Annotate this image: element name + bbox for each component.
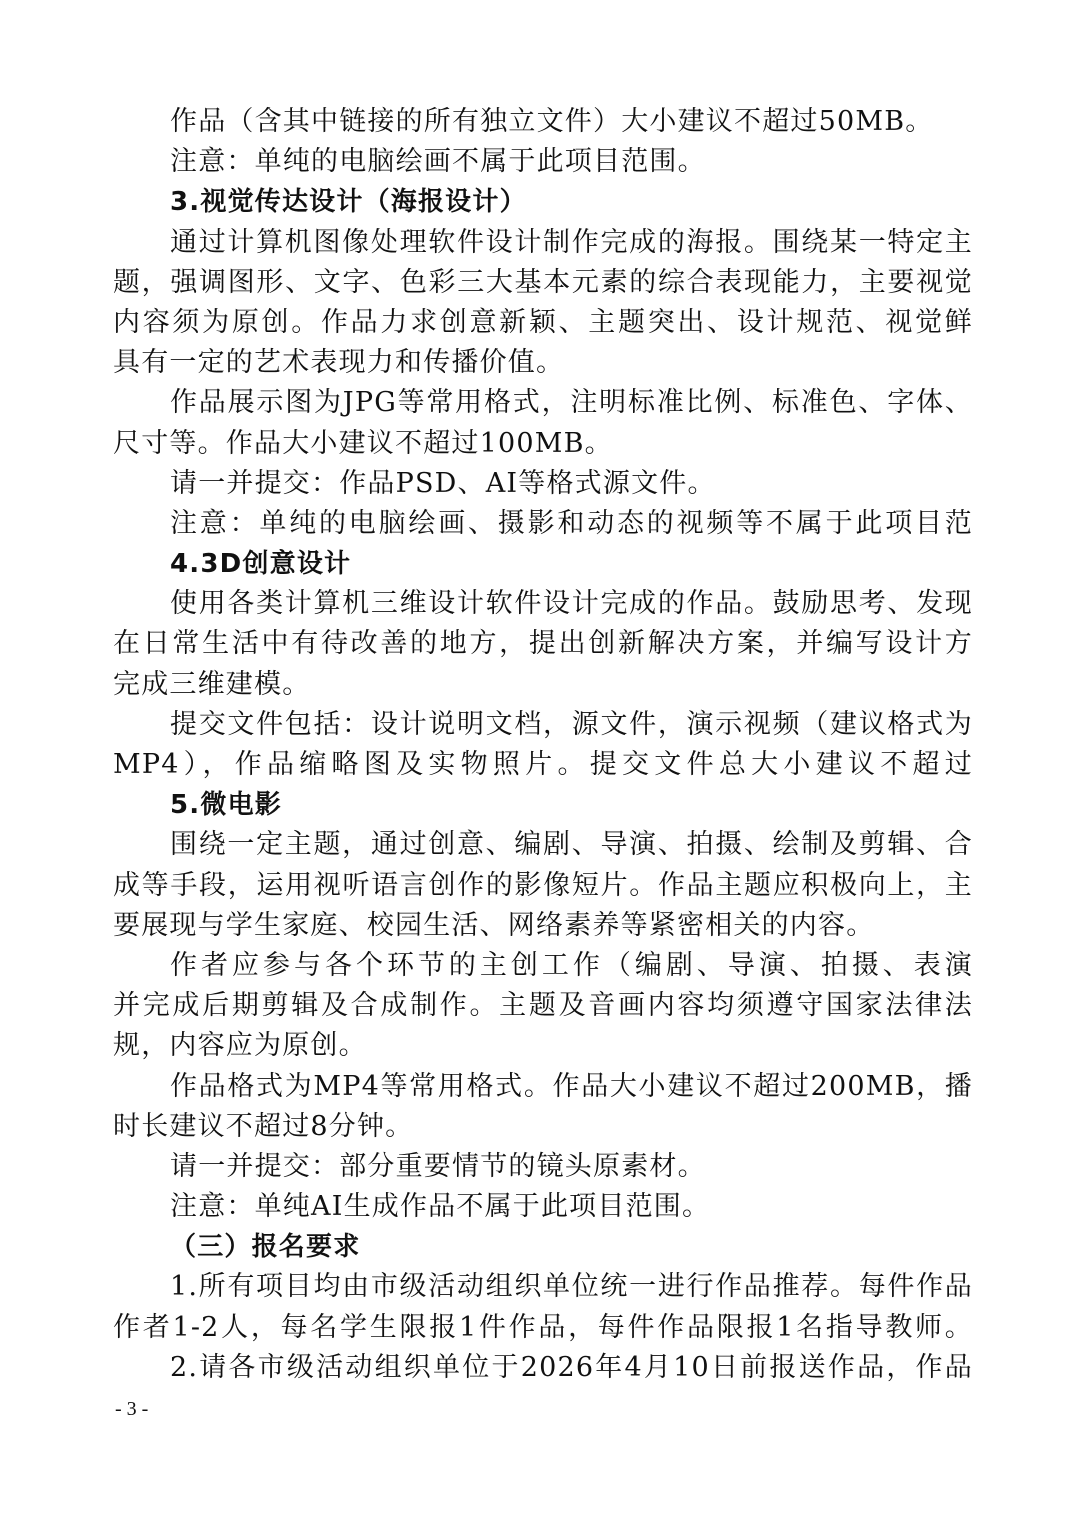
text-line: 提交文件包括：设计说明文档，源文件，演示视频（建议格式为 — [113, 705, 973, 745]
text-line: 在日常生活中有待改善的地方，提出创新解决方案，并编写设计方案， — [113, 624, 973, 664]
text-line: 规，内容应为原创。 — [113, 1026, 973, 1066]
text-line: 时长建议不超过8分钟。 — [113, 1107, 973, 1147]
text-line: 注意：单纯的电脑绘画、摄影和动态的视频等不属于此项目范围。 — [113, 504, 973, 544]
text-line: 1.所有项目均由市级活动组织单位统一进行作品推荐。每件作品 — [113, 1267, 973, 1307]
section-heading: （三）报名要求 — [113, 1227, 973, 1267]
text-line: 作品格式为MP4等常用格式。作品大小建议不超过200MB，播放 — [113, 1067, 973, 1107]
text-line: 围绕一定主题，通过创意、编剧、导演、拍摄、绘制及剪辑、合 — [113, 825, 973, 865]
text-line: 作者1-2人，每名学生限报1件作品，每件作品限报1名指导教师。 — [113, 1308, 973, 1348]
text-line: 题，强调图形、文字、色彩三大基本元素的综合表现能力，主要视觉 — [113, 263, 973, 303]
text-line: 2.请各市级活动组织单位于2026年4月10日前报送作品，作品 — [113, 1348, 973, 1388]
document-page: 作品（含其中链接的所有独立文件）大小建议不超过50MB。 注意：单纯的电脑绘画不… — [0, 0, 1080, 1528]
section-heading: 4.3D创意设计 — [113, 544, 973, 584]
text-line: 成等手段，运用视听语言创作的影像短片。作品主题应积极向上，主 — [113, 866, 973, 906]
text-line: 尺寸等。作品大小建议不超过100MB。 — [113, 424, 973, 464]
text-line: 完成三维建模。 — [113, 665, 973, 705]
text-line: 请一并提交：作品PSD、AI等格式源文件。 — [113, 464, 973, 504]
text-line: MP4），作品缩略图及实物照片。提交文件总大小建议不超过100MB。 — [113, 745, 973, 785]
text-line: 通过计算机图像处理软件设计制作完成的海报。围绕某一特定主 — [113, 223, 973, 263]
section-heading: 5.微电影 — [113, 785, 973, 825]
text-line: 使用各类计算机三维设计软件设计完成的作品。鼓励思考、发现 — [113, 584, 973, 624]
text-line: 内容须为原创。作品力求创意新颖、主题突出、设计规范、视觉鲜明， — [113, 303, 973, 343]
section-heading: 3.视觉传达设计（海报设计） — [113, 182, 973, 222]
text-line: 作者应参与各个环节的主创工作（编剧、导演、拍摄、表演等）， — [113, 946, 973, 986]
page-number: - 3 - — [115, 1398, 148, 1421]
text-line: 请一并提交：部分重要情节的镜头原素材。 — [113, 1147, 973, 1187]
text-line: 作品（含其中链接的所有独立文件）大小建议不超过50MB。 — [113, 102, 973, 142]
document-body: 作品（含其中链接的所有独立文件）大小建议不超过50MB。 注意：单纯的电脑绘画不… — [113, 102, 973, 1388]
text-line: 注意：单纯的电脑绘画不属于此项目范围。 — [113, 142, 973, 182]
text-line: 并完成后期剪辑及合成制作。主题及音画内容均须遵守国家法律法 — [113, 986, 973, 1026]
text-line: 注意：单纯AI生成作品不属于此项目范围。 — [113, 1187, 973, 1227]
text-line: 具有一定的艺术表现力和传播价值。 — [113, 343, 973, 383]
text-line: 作品展示图为JPG等常用格式，注明标准比例、标准色、字体、 — [113, 383, 973, 423]
text-line: 要展现与学生家庭、校园生活、网络素养等紧密相关的内容。 — [113, 906, 973, 946]
